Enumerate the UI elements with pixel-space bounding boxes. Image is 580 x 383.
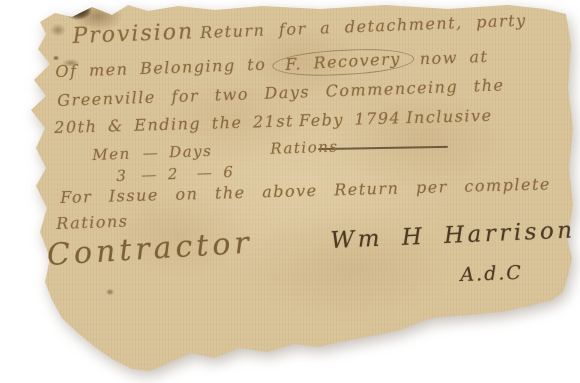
title-rest: Return for a detachment, party: [200, 11, 527, 43]
header-days: Days: [169, 142, 213, 161]
line2-pre-text: Of men Belonging to: [55, 55, 267, 81]
handwriting-layer: ProvisionReturn for a detachment, party …: [0, 0, 580, 383]
aide-de-camp-title: A.d.C: [460, 262, 523, 286]
value-separator-1: —: [141, 166, 158, 185]
header-rations: Rations: [270, 137, 339, 157]
header-men: Men: [92, 145, 131, 164]
value-separator-2: —: [197, 164, 214, 183]
date-feby-1794: Feby 1794: [299, 108, 402, 130]
contractor-label: Contractor: [46, 225, 254, 273]
header-separator-1: —: [142, 144, 159, 163]
line2-post-text: now at: [419, 47, 488, 68]
page-background: { "page": { "background_color": "#ffffff…: [0, 0, 580, 383]
line4-pre-text: 20th & Ending the 21st: [54, 111, 294, 137]
value-rations: 6: [223, 163, 235, 181]
title-line: ProvisionReturn for a detachment, party: [72, 7, 527, 49]
line-rations: Rations: [56, 211, 129, 233]
line-dates: 20th & Ending the 21stFeby 1794Inclusive: [54, 106, 493, 137]
circled-fort-recovery: F. Recovery: [272, 46, 415, 78]
value-men: 3: [116, 167, 128, 185]
ration-table-value-row: 3—2—6: [116, 163, 235, 185]
value-days: 2: [168, 165, 180, 183]
harrison-signature: Wm H Harrison: [330, 217, 576, 254]
line4-post-text: Inclusive: [406, 106, 493, 127]
ration-table-header-row: Men—DaysRations: [92, 137, 339, 164]
title-word-provision: Provision: [72, 19, 195, 49]
